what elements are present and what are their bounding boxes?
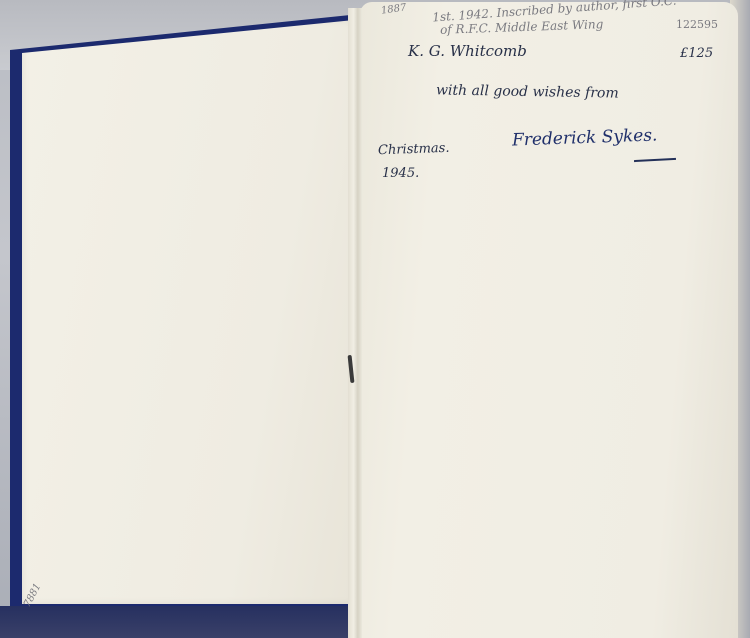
- inscription-year: 1945.: [382, 166, 419, 181]
- pencil-stock-number: 122595: [676, 18, 718, 31]
- cover-bottom-edge: [0, 606, 360, 638]
- left-endpaper: [22, 20, 354, 604]
- inscription-occasion: Christmas.: [378, 141, 450, 158]
- book-gutter: [348, 8, 362, 638]
- inscription-greeting: with all good wishes from: [436, 82, 619, 101]
- book-photo: 7881 1887 1st. 1942. Inscribed by author…: [0, 0, 750, 638]
- inscription-recipient: K. G. Whitcomb: [408, 42, 527, 60]
- pencil-price: £125: [680, 46, 713, 61]
